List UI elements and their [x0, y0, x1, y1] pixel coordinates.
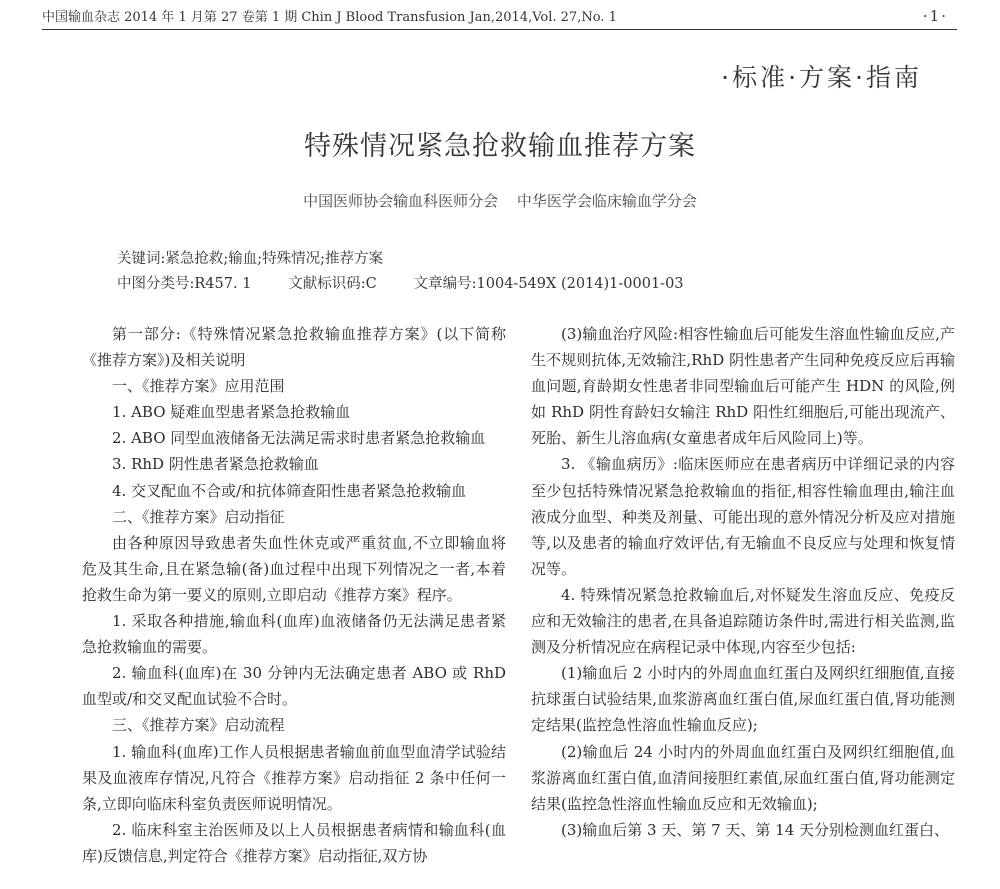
paragraph: (3)输血后第 3 天、第 7 天、第 14 天分别检测血红蛋白、 [531, 817, 955, 843]
list-item: 4. 交叉配血不合或/和抗体筛查阳性患者紧急抢救输血 [82, 478, 506, 504]
section-tag: ·标准·方案·指南 [721, 58, 922, 94]
left-column: 第一部分:《特殊情况紧急抢救输血推荐方案》(以下简称《推荐方案》)及相关说明 一… [82, 321, 506, 869]
list-item: 1. ABO 疑难血型患者紧急抢救输血 [82, 399, 506, 425]
list-item: 3. RhD 阴性患者紧急抢救输血 [82, 451, 506, 477]
paragraph: 1. 输血科(血库)工作人员根据患者输血前血型血清学试验结果及血液库存情况,凡符… [82, 739, 506, 817]
paragraph: 2. 输血科(血库)在 30 分钟内无法确定患者 ABO 或 RhD 血型或/和… [82, 660, 506, 712]
paragraph: (2)输血后 24 小时内的外周血血红蛋白及网织红细胞值,血浆游离血红蛋白值,血… [531, 739, 955, 817]
article-title: 特殊情况紧急抢救输血推荐方案 [0, 124, 1000, 163]
paragraph: 3. 《输血病历》:临床医师应在患者病历中详细记录的内容至少包括特殊情况紧急抢救… [531, 451, 955, 581]
classification-info: 中图分类号:R457. 1 文献标识码:C 文章编号:1004-549X (20… [117, 272, 684, 293]
page-number: ·1· [923, 7, 948, 25]
right-column: (3)输血治疗风险:相容性输血后可能发生溶血性输血反应,产生不规则抗体,无效输注… [531, 321, 955, 843]
paragraph: (1)输血后 2 小时内的外周血血红蛋白及网织红细胞值,直接抗球蛋白试验结果,血… [531, 660, 955, 738]
paragraph: (3)输血治疗风险:相容性输血后可能发生溶血性输血反应,产生不规则抗体,无效输注… [531, 321, 955, 451]
article-authors: 中国医师协会输血科医师分会 中华医学会临床输血学分会 [0, 190, 1000, 211]
keywords: 关键词:紧急抢救;输血;特殊情况;推荐方案 [117, 247, 383, 268]
list-item: 2. ABO 同型血液储备无法满足需求时患者紧急抢救输血 [82, 425, 506, 451]
section-heading: 一、《推荐方案》应用范围 [82, 373, 506, 399]
section-heading: 三、《推荐方案》启动流程 [82, 712, 506, 738]
section-heading: 二、《推荐方案》启动指征 [82, 504, 506, 530]
paragraph: 4. 特殊情况紧急抢救输血后,对怀疑发生溶血反应、免疫反应和无效输注的患者,在具… [531, 582, 955, 660]
paragraph: 1. 采取各种措施,输血科(血库)血液储备仍无法满足患者紧急抢救输血的需要。 [82, 608, 506, 660]
paragraph: 由各种原因导致患者失血性休克或严重贫血,不立即输血将危及其生命,且在紧急输(备)… [82, 530, 506, 608]
running-head: 中国输血杂志 2014 年 1 月第 27 卷第 1 期 Chin J Bloo… [42, 9, 957, 30]
paragraph: 2. 临床科室主治医师及以上人员根据患者病情和输血科(血库)反馈信息,判定符合《… [82, 817, 506, 869]
paragraph: 第一部分:《特殊情况紧急抢救输血推荐方案》(以下简称《推荐方案》)及相关说明 [82, 321, 506, 373]
